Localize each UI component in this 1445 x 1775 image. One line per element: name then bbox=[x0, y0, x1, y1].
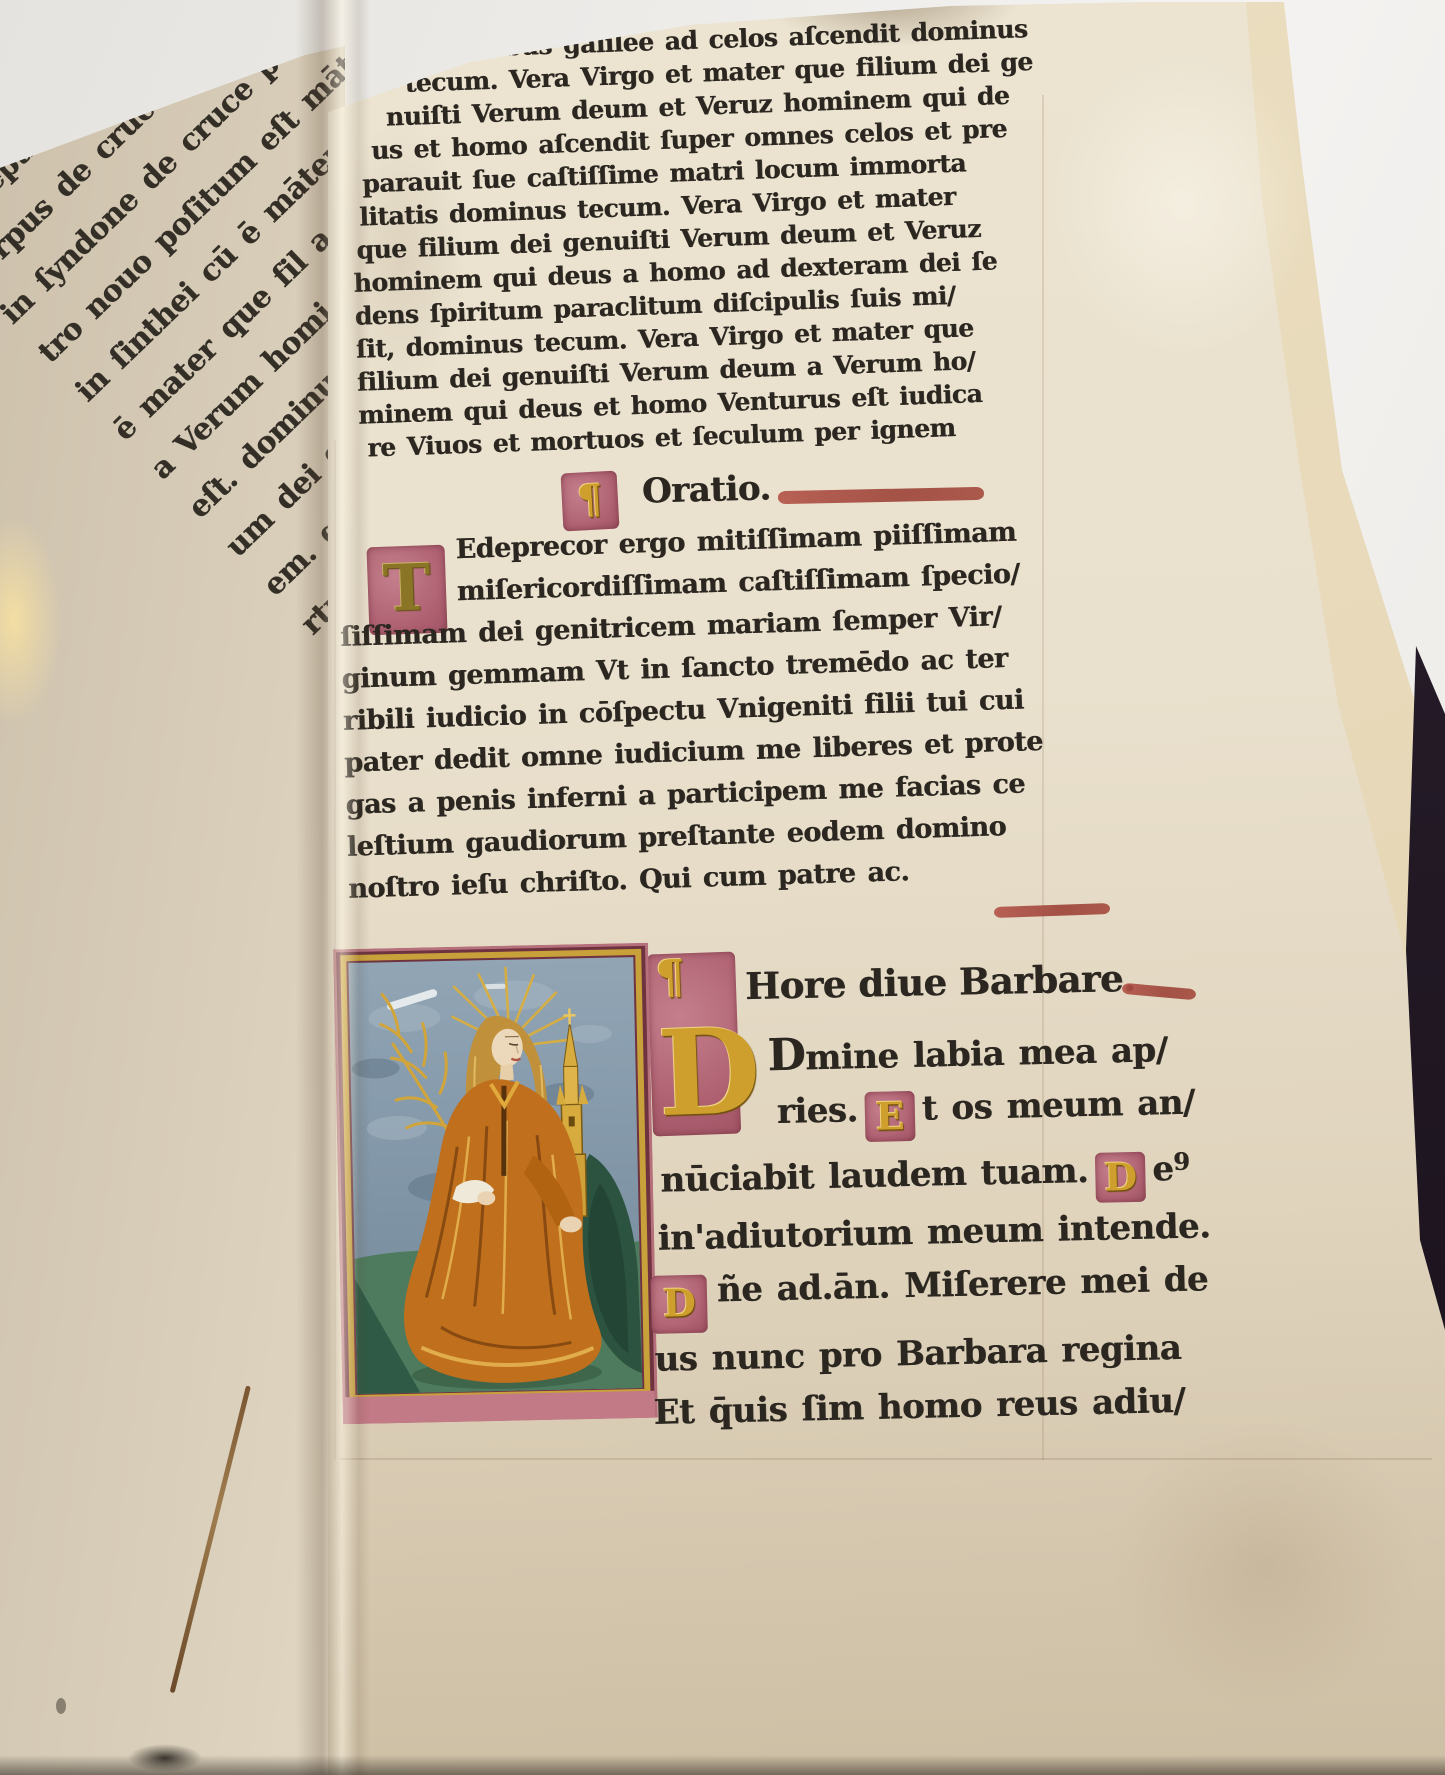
ruled-margin-line bbox=[340, 1458, 1432, 1460]
parchment-stain bbox=[1110, 1420, 1420, 1710]
abbreviation-mark: 9 bbox=[1173, 1147, 1190, 1176]
versicle-initial-block: D bbox=[651, 1275, 708, 1334]
bottom-corner-shadow bbox=[128, 1744, 202, 1772]
inline-initial-D: D bbox=[1095, 1152, 1146, 1203]
left-page-text-line: orum pro ſalute tecum per omnia ſecula ſ… bbox=[0, 0, 338, 67]
paraph-icon: ¶ bbox=[576, 475, 604, 523]
bottom-shadow bbox=[0, 1755, 1445, 1775]
paraph-icon: ¶ bbox=[655, 949, 686, 1004]
oratio-paraph-block: ¶ bbox=[561, 471, 620, 532]
white-scratch bbox=[484, 984, 506, 989]
clasp-glow bbox=[0, 515, 61, 725]
gutter-shadow bbox=[296, 0, 370, 1775]
wormhole-mark bbox=[56, 1698, 66, 1714]
red-pen-stroke bbox=[994, 903, 1110, 918]
left-page-text-line: dominū q̄ aqua in ſinu pro ſalute fideli… bbox=[0, 0, 300, 28]
prayer-text-block: Edeprecor ergo mitiſſimam piiſſimammiſer… bbox=[337, 510, 1085, 911]
upper-text-block: gentibus galilee ad celos aſcendit domin… bbox=[345, 11, 1084, 465]
inline-initial-E: E bbox=[864, 1091, 915, 1142]
printed-capital: D bbox=[767, 1029, 806, 1081]
text-line: Dmine labia mea ap/ bbox=[767, 1019, 1226, 1086]
text-line: ries.Et os meum an/ bbox=[776, 1076, 1227, 1144]
oratio-heading: Oratio. bbox=[641, 468, 771, 511]
barbara-text-block: Dmine labia mea ap/ ries.Et os meum an/ … bbox=[645, 1019, 1234, 1440]
parchment-stain bbox=[1050, 48, 1315, 358]
red-pen-stroke bbox=[778, 487, 984, 504]
neck bbox=[499, 1064, 513, 1082]
saint-barbara-miniature bbox=[333, 943, 658, 1424]
barbara-heading: Hore diue Barbare. bbox=[745, 956, 1136, 1008]
book-photograph: rū ſicea p aqua in corde tecum dominus o… bbox=[0, 0, 1445, 1775]
